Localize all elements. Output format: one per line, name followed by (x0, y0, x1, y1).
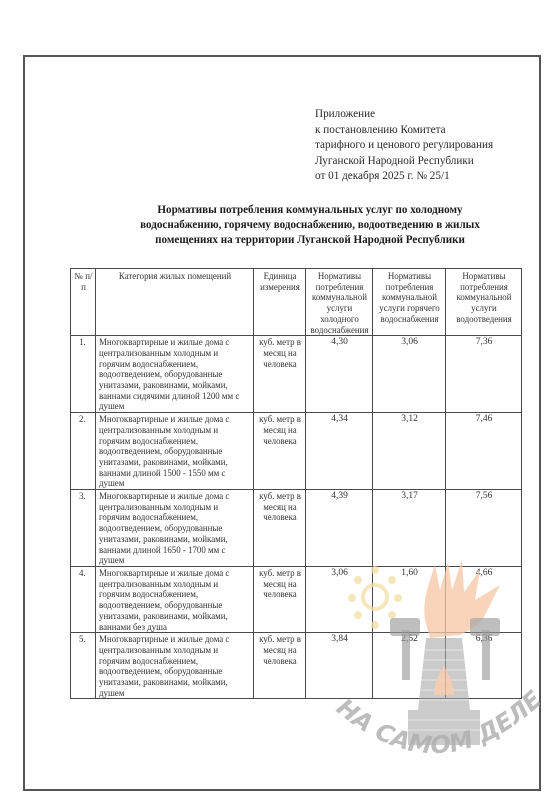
row-hot-value: 3,17 (373, 490, 446, 567)
header-drainage: Нормативы потребления коммунальной услуг… (446, 269, 522, 336)
norms-table: № п/п Категория жилых помещений Единица … (70, 268, 522, 699)
table-row: 4. Многоквартирные и жилые дома с центра… (71, 566, 522, 632)
row-category: Многоквартирные и жилые дома с централиз… (96, 633, 254, 699)
table-row: 3. Многоквартирные и жилые дома с центра… (71, 490, 522, 567)
header-number: № п/п (71, 269, 96, 336)
table-row: 5. Многоквартирные и жилые дома с центра… (71, 633, 522, 699)
row-unit: куб. метр в месяц на человека (254, 413, 306, 490)
table-header-row: № п/п Категория жилых помещений Единица … (71, 269, 522, 336)
table-row: 1. Многоквартирные и жилые дома с центра… (71, 336, 522, 413)
title-line: помещениях на территории Луганской Народ… (100, 233, 520, 248)
title-line: Нормативы потребления коммунальных услуг… (100, 203, 520, 218)
row-drain-value: 4,66 (446, 566, 522, 632)
table-row: 2. Многоквартирные и жилые дома с центра… (71, 413, 522, 490)
row-category: Многоквартирные и жилые дома с централиз… (96, 413, 254, 490)
header-unit: Единица измерения (254, 269, 306, 336)
row-number: 3. (71, 490, 96, 567)
row-cold-value: 4,34 (306, 413, 373, 490)
row-number: 2. (71, 413, 96, 490)
row-hot-value: 2,52 (373, 633, 446, 699)
row-drain-value: 7,46 (446, 413, 522, 490)
row-number: 4. (71, 566, 96, 632)
row-drain-value: 7,56 (446, 490, 522, 567)
row-category: Многоквартирные и жилые дома с централиз… (96, 566, 254, 632)
row-number: 1. (71, 336, 96, 413)
row-unit: куб. метр в месяц на человека (254, 490, 306, 567)
row-unit: куб. метр в месяц на человека (254, 633, 306, 699)
row-cold-value: 3,84 (306, 633, 373, 699)
row-cold-value: 4,39 (306, 490, 373, 567)
annex-line: к постановлению Комитета (315, 123, 493, 139)
annex-header: Приложение к постановлению Комитета тари… (315, 107, 493, 185)
row-drain-value: 7,36 (446, 336, 522, 413)
row-cold-value: 4,30 (306, 336, 373, 413)
row-hot-value: 3,12 (373, 413, 446, 490)
annex-line: тарифного и ценового регулирования (315, 138, 493, 154)
row-unit: куб. метр в месяц на человека (254, 336, 306, 413)
row-number: 5. (71, 633, 96, 699)
row-hot-value: 1,60 (373, 566, 446, 632)
title-line: водоснабжению, горячему водоснабжению, в… (100, 218, 520, 233)
row-drain-value: 6,36 (446, 633, 522, 699)
header-hot-water: Нормативы потребления коммунальной услуг… (373, 269, 446, 336)
row-unit: куб. метр в месяц на человека (254, 566, 306, 632)
row-category: Многоквартирные и жилые дома с централиз… (96, 336, 254, 413)
annex-line: от 01 декабря 2025 г. № 25/1 (315, 169, 493, 185)
annex-line: Луганской Народной Республики (315, 154, 493, 170)
row-cold-value: 3,06 (306, 566, 373, 632)
annex-line: Приложение (315, 107, 493, 123)
header-category: Категория жилых помещений (96, 269, 254, 336)
document-title: Нормативы потребления коммунальных услуг… (100, 203, 520, 249)
row-hot-value: 3,06 (373, 336, 446, 413)
row-category: Многоквартирные и жилые дома с централиз… (96, 490, 254, 567)
header-cold-water: Нормативы потребления коммунальной услуг… (306, 269, 373, 336)
